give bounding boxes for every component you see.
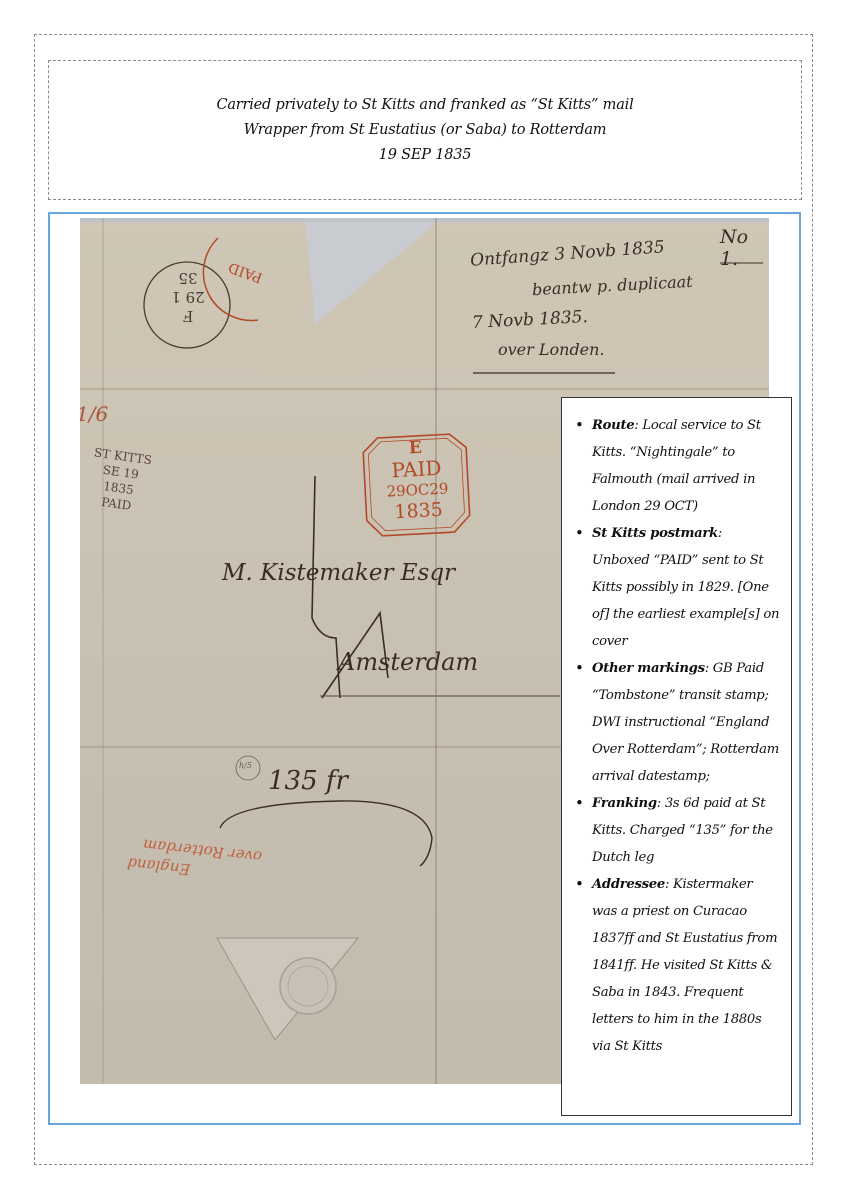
title-line-1: Carried privately to St Kitts and franke…	[216, 93, 633, 118]
info-list: Route: Local service to St Kitts. “Night…	[572, 412, 781, 1060]
docket-number: No 1.	[720, 226, 769, 270]
fold-line	[80, 388, 769, 390]
info-item-postmark: St Kitts postmark: Unboxed “PAID” sent t…	[592, 520, 781, 655]
info-item-franking: Franking: 3s 6d paid at St Kitts. Charge…	[592, 790, 781, 871]
rate-note: 1/6	[80, 402, 108, 426]
info-item-addressee: Addressee: Kistermaker was a priest on C…	[592, 871, 781, 1060]
docket-line-4: over Londen.	[498, 340, 605, 359]
charge-mark: 135 fr	[268, 766, 348, 796]
arrival-datestamp: F 29 1 35	[158, 268, 218, 325]
paid-tombstone-stamp: E PAID 29OC29 1835	[364, 435, 470, 524]
address-city: Amsterdam	[338, 648, 478, 676]
fold-line	[102, 218, 104, 1084]
title-line-2: Wrapper from St Eustatius (or Saba) to R…	[244, 118, 607, 143]
title-line-3: 19 SEP 1835	[379, 143, 472, 168]
st-kitts-postmark: ST KITTS SE 19 1835 PAID	[80, 442, 171, 549]
info-item-markings: Other markings: GB Paid “Tombstone” tran…	[592, 655, 781, 790]
address-name: M. Kistemaker Esqr	[222, 560, 455, 586]
small-circle-mark: h/5	[239, 761, 252, 770]
info-item-route: Route: Local service to St Kitts. “Night…	[592, 412, 781, 520]
info-box: Route: Local service to St Kitts. “Night…	[561, 397, 792, 1116]
title-box: Carried privately to St Kitts and franke…	[48, 60, 802, 200]
